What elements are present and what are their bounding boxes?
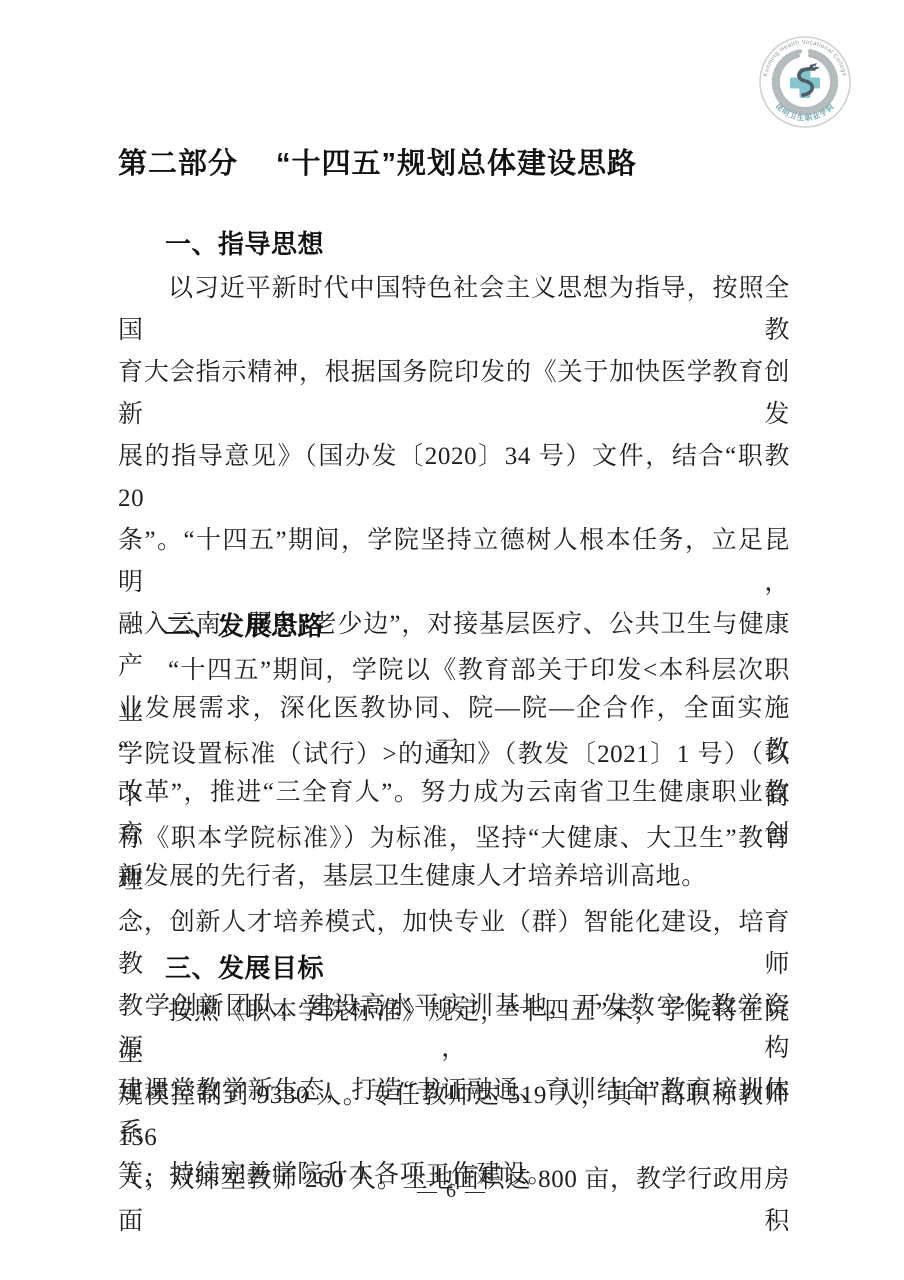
section-heading-3: 三、发展目标 — [118, 953, 790, 983]
document-page: Kunming Health Vocational College 昆明卫生职业… — [0, 0, 904, 1280]
page-number: — 6 — — [0, 1180, 904, 1203]
college-logo: Kunming Health Vocational College 昆明卫生职业… — [757, 34, 853, 130]
college-logo-svg: Kunming Health Vocational College 昆明卫生职业… — [757, 34, 853, 130]
paragraph-line: 按照《职本学院标准》规定，“十四五”末，学院将在院生 — [118, 991, 790, 1075]
page-title: 第二部分“十四五”规划总体建设思路 — [118, 144, 818, 184]
paragraph-line: 学院设置标准（试行）>的通知》（教发〔2021〕1 号）（以下简 — [118, 734, 790, 818]
section-heading-2: 二、发展思路 — [118, 611, 790, 641]
title-name-label: “十四五”规划总体建设思路 — [276, 148, 637, 180]
section-paragraph-3: 按照《职本学院标准》规定，“十四五”末，学院将在院生规模控制到 9330 人。专… — [118, 991, 790, 1243]
section-heading-1: 一、指导思想 — [118, 229, 790, 259]
paragraph-line: “十四五”期间，学院以《教育部关于印发<本科层次职业 — [118, 650, 790, 734]
paragraph-line: 展的指导意见》（国办发〔2020〕34 号）文件，结合“职教 20 — [118, 436, 790, 520]
paragraph-line: 规模控制到 9330 人。专任教师达 519 人，其中高职称教师 156 — [118, 1075, 790, 1159]
paragraph-line: 育大会指示精神，根据国务院印发的《关于加快医学教育创新发 — [118, 352, 790, 436]
paragraph-line: 以习近平新时代中国特色社会主义思想为指导，按照全国教 — [118, 268, 790, 352]
paragraph-line: 称《职本学院标准》）为标准，坚持“大健康、大卫生”教育理 — [118, 818, 790, 902]
paragraph-line: 条”。“十四五”期间，学院坚持立德树人根本任务，立足昆明， — [118, 520, 790, 604]
title-part-label: 第二部分 — [118, 148, 238, 180]
